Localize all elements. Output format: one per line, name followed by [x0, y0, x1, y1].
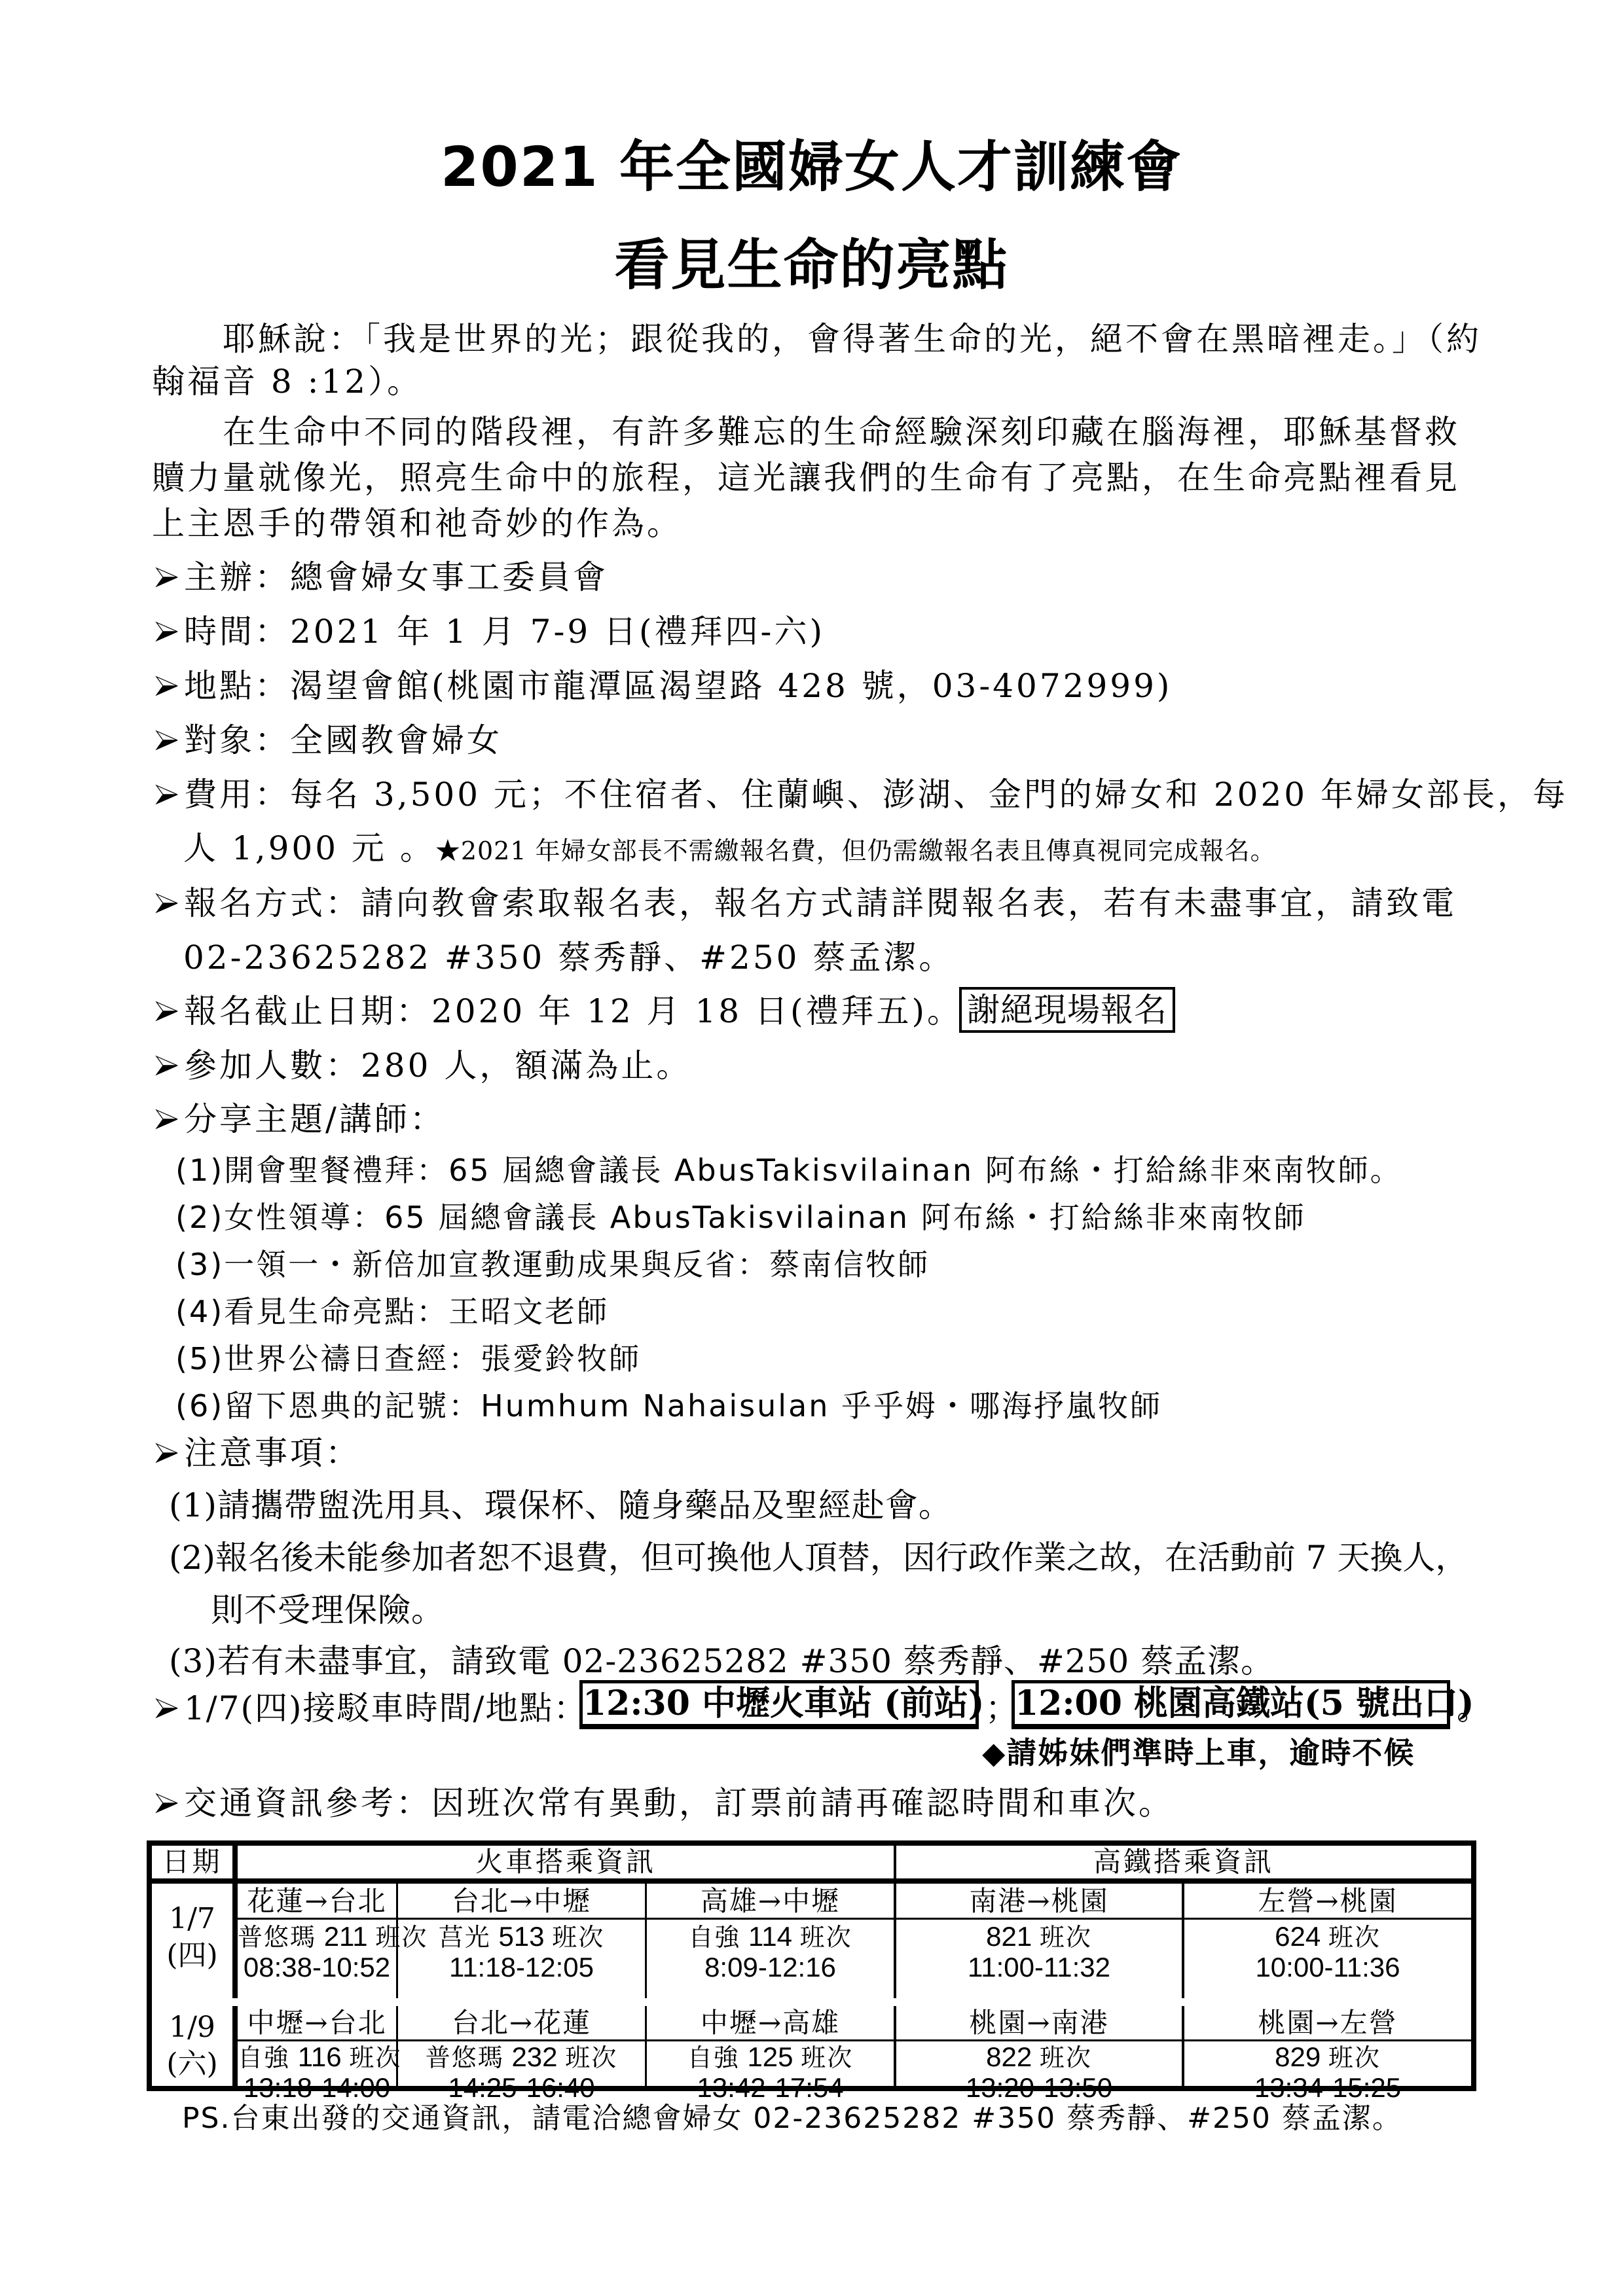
arrow-bullet-icon [155, 783, 179, 806]
train-time: 11:00-11:32 [896, 1952, 1182, 1982]
row-1-trip-2: 莒光 513 班次 11:18-12:05 [398, 1922, 645, 1982]
train-number: 125 [747, 2041, 793, 2072]
row-1-route-divider [238, 1918, 1471, 1920]
info-speakers-heading: 分享主題/講師： [155, 1100, 445, 1139]
train-unit: 班次 [1328, 1923, 1381, 1952]
shuttle-option-taoyuan-hsr: 12:00 桃園高鐵站(5 號出口) [1012, 1680, 1450, 1729]
speaker-item-2: (2)女性領導：65 屆總會議長 AbusTakisvilainan 阿布絲・打… [175, 1198, 1306, 1237]
arrow-bullet-icon [155, 1054, 179, 1077]
arrow-bullet-icon [155, 891, 179, 915]
row-2-route-3: 中壢→高雄 [647, 2007, 894, 2039]
speakers-heading-text: 分享主題/講師： [184, 1100, 445, 1138]
train-type: 自強 [238, 2043, 290, 2072]
train-number: 821 [986, 1921, 1032, 1952]
row-2-route-4: 桃園→南港 [896, 2007, 1182, 2039]
intro-paragraph-2-line-1: 在生命中不同的階段裡，有許多難忘的生命經驗深刻印藏在腦海裡，耶穌基督救 [223, 412, 1460, 452]
info-capacity: 參加人數：280 人，額滿為止。 [155, 1046, 691, 1085]
capacity-text: 參加人數：280 人，額滿為止。 [184, 1047, 691, 1085]
registration-text-line-1: 報名方式：請向教會索取報名表，報名方式請詳閱報名表，若有未盡事宜，請致電 [184, 884, 1457, 922]
speaker-item-5: (5)世界公禱日查經：張愛鈴牧師 [175, 1339, 641, 1378]
row-2-route-1: 中壢→台北 [238, 2007, 396, 2039]
train-number: 624 [1275, 1921, 1321, 1952]
header-section-divider [894, 1846, 896, 1878]
row-1-route-3: 高雄→中壢 [647, 1885, 894, 1918]
row-2-date: 1/9 (六) [152, 2009, 232, 2083]
train-time: 08:38-10:52 [238, 1952, 396, 1982]
row-1-route-2: 台北→中壢 [398, 1885, 645, 1918]
organizer-text: 主辦：總會婦女事工委員會 [184, 558, 608, 596]
deadline-text: 報名截止日期：2020 年 12 月 18 日(禮拜五)。 [184, 992, 962, 1030]
location-text: 地點：渴望會館(桃園市龍潭區渴望路 428 號，03-4072999) [184, 667, 1172, 705]
row-2-weekday: (六) [152, 2046, 232, 2083]
train-unit: 班次 [1040, 2043, 1092, 2072]
intro-paragraph-2-line-2: 贖力量就像光，照亮生命中的旅程，這光讓我們的生命有了亮點，在生命亮點裡看見 [152, 458, 1460, 497]
row-1-trip-4: 821 班次 11:00-11:32 [896, 1922, 1182, 1982]
notes-heading-text: 注意事項： [184, 1434, 361, 1472]
info-organizer: 主辦：總會婦女事工委員會 [155, 558, 608, 597]
transport-info-heading: 交通資訊參考：因班次常有異動，訂票前請再確認時間和車次。 [155, 1784, 1174, 1823]
train-type: 普悠瑪 [238, 1923, 316, 1952]
train-unit: 班次 [349, 2043, 401, 2072]
arrow-bullet-icon [155, 1107, 179, 1131]
row-1-date-value: 1/7 [152, 1901, 232, 1937]
note-item-2-continued: 則不受理保險。 [211, 1590, 445, 1630]
audience-text: 對象：全國教會婦女 [184, 721, 502, 759]
shuttle-info: 1/7(四)接駁車時間/地點： [155, 1689, 587, 1728]
arrow-bullet-icon [155, 1441, 179, 1465]
train-number: 116 [298, 2041, 342, 2072]
speaker-item-1: (1)開會聖餐禮拜：65 屆總會議長 AbusTakisvilainan 阿布絲… [175, 1151, 1402, 1190]
document-title: 2021 年全國婦女人才訓練會 [0, 134, 1623, 200]
train-unit: 班次 [1328, 2043, 1381, 2072]
train-number: 822 [986, 2041, 1032, 2072]
shuttle-reminder: ◆請姊妹們準時上車，逾時不候 [982, 1733, 1415, 1772]
info-deadline: 報名截止日期：2020 年 12 月 18 日(禮拜五)。 [155, 992, 962, 1031]
info-registration: 報名方式：請向教會索取報名表，報名方式請詳閱報名表，若有未盡事宜，請致電 [155, 884, 1457, 923]
train-number: 232 [511, 2041, 557, 2072]
arrow-bullet-icon [155, 999, 179, 1023]
row-1-route-4: 南港→桃園 [896, 1885, 1182, 1918]
row-2-route-2: 台北→花蓮 [398, 2007, 645, 2039]
row-1-date: 1/7 (四) [152, 1901, 232, 1974]
table-header-train: 火車搭乘資訊 [238, 1846, 894, 1878]
row-1-route-1: 花蓮→台北 [238, 1885, 396, 1918]
row-1-trip-3: 自強 114 班次 8:09-12:16 [647, 1922, 894, 1982]
intro-paragraph-2-line-3: 上主恩手的帶領和祂奇妙的作為。 [152, 504, 682, 543]
shuttle-label: 1/7(四)接駁車時間/地點： [184, 1689, 587, 1727]
intro-paragraph-1-line-2: 翰福音 8 :12）。 [152, 362, 422, 401]
row-1-weekday: (四) [152, 1937, 232, 1974]
arrow-bullet-icon [155, 1696, 179, 1720]
row-2-date-value: 1/9 [152, 2009, 232, 2046]
train-type: 自強 [687, 2043, 740, 2072]
fee-text-line-1: 費用：每名 3,500 元；不住宿者、住蘭嶼、澎湖、金門的婦女和 2020 年婦… [184, 776, 1568, 814]
train-type: 普悠瑪 [426, 2043, 504, 2072]
train-number: 114 [748, 1921, 792, 1952]
shuttle-end-mark: 。 [1457, 1689, 1492, 1728]
row-1-trip-1: 普悠瑪 211 班次 08:38-10:52 [238, 1922, 396, 1982]
arrow-bullet-icon [155, 728, 179, 752]
train-time: 10:00-11:36 [1184, 1952, 1471, 1982]
document-subtitle: 看見生命的亮點 [0, 232, 1623, 298]
row-1-trip-5: 624 班次 10:00-11:36 [1184, 1922, 1471, 1982]
note-item-1: (1)請攜帶盥洗用具、環保杯、隨身藥品及聖經赴會。 [169, 1486, 952, 1525]
arrow-bullet-icon [155, 1791, 179, 1815]
date-column-divider-upper [232, 1846, 238, 1998]
train-number: 829 [1275, 2041, 1321, 2072]
train-type: 莒光 [439, 1923, 491, 1952]
arrow-bullet-icon [155, 674, 179, 698]
table-header-hsr: 高鐵搭乘資訊 [896, 1846, 1471, 1878]
info-location: 地點：渴望會館(桃園市龍潭區渴望路 428 號，03-4072999) [155, 666, 1172, 706]
train-type: 自強 [688, 1923, 740, 1952]
info-fee-continued: 人 1,900 元 。★2021 年婦女部長不需繳報名費，但仍需繳報名表且傳真視… [183, 829, 1276, 870]
train-time: 11:18-12:05 [398, 1952, 645, 1982]
table-header-date: 日期 [152, 1846, 232, 1878]
info-audience: 對象：全國教會婦女 [155, 721, 502, 760]
no-onsite-registration-badge: 謝絕現場報名 [959, 987, 1175, 1033]
intro-paragraph-1-line-1: 耶穌說：「我是世界的光；跟從我的，會得著生命的光，絕不會在黑暗裡走。」（約 [223, 319, 1482, 359]
speaker-item-4: (4)看見生命亮點：王昭文老師 [175, 1292, 609, 1331]
train-unit: 班次 [552, 1923, 604, 1952]
train-time: 8:09-12:16 [647, 1952, 894, 1982]
train-number: 211 [324, 1921, 368, 1952]
registration-contact: 02-23625282 #350 蔡秀靜、#250 蔡孟潔。 [183, 938, 954, 977]
speaker-item-6: (6)留下恩典的記號：Humhum Nahaisulan 乎乎姆・哪海抒嵐牧師 [175, 1386, 1162, 1426]
fee-note: ★2021 年婦女部長不需繳報名費，但仍需繳報名表且傳真視同完成報名。 [435, 836, 1276, 865]
transport-heading-text: 交通資訊參考：因班次常有異動，訂票前請再確認時間和車次。 [184, 1784, 1174, 1822]
train-unit: 班次 [800, 1923, 852, 1952]
note-item-2: (2)報名後未能參加者恕不退費，但可換他人頂替，因行政作業之故，在活動前 7 天… [169, 1538, 1468, 1577]
info-time: 時間：2021 年 1 月 7-9 日(禮拜四-六) [155, 612, 825, 651]
train-number: 513 [498, 1921, 544, 1952]
row-2-route-5: 桃園→左營 [1184, 2007, 1471, 2039]
header-divider [152, 1878, 1471, 1884]
arrow-bullet-icon [155, 620, 179, 643]
date-column-divider-lower [232, 2006, 238, 2086]
note-item-3: (3)若有未盡事宜，請致電 02-23625282 #350 蔡秀靜、#250 … [169, 1641, 1274, 1681]
notes-heading: 注意事項： [155, 1433, 361, 1473]
time-text: 時間：2021 年 1 月 7-9 日(禮拜四-六) [184, 613, 825, 651]
info-fee: 費用：每名 3,500 元；不住宿者、住蘭嶼、澎湖、金門的婦女和 2020 年婦… [155, 775, 1568, 814]
train-unit: 班次 [565, 2043, 617, 2072]
speaker-item-3: (3)一領一・新倍加宣教運動成果與反省：蔡南信牧師 [175, 1245, 930, 1284]
row-1-route-5: 左營→桃園 [1184, 1885, 1471, 1918]
train-unit: 班次 [1040, 1923, 1092, 1952]
shuttle-option-zhongli-station: 12:30 中壢火車站 (前站) [579, 1680, 979, 1729]
transport-schedule-table: 日期 火車搭乘資訊 高鐵搭乘資訊 1/7 (四) 1/9 (六) 花蓮→台北 普… [147, 1840, 1476, 2091]
arrow-bullet-icon [155, 565, 179, 589]
fee-text-line-2: 人 1,900 元 。 [183, 829, 435, 867]
footnote-taitung-contact: PS.台東出發的交通資訊，請電洽總會婦女 02-23625282 #350 蔡秀… [182, 2094, 1402, 2136]
train-unit: 班次 [801, 2043, 853, 2072]
